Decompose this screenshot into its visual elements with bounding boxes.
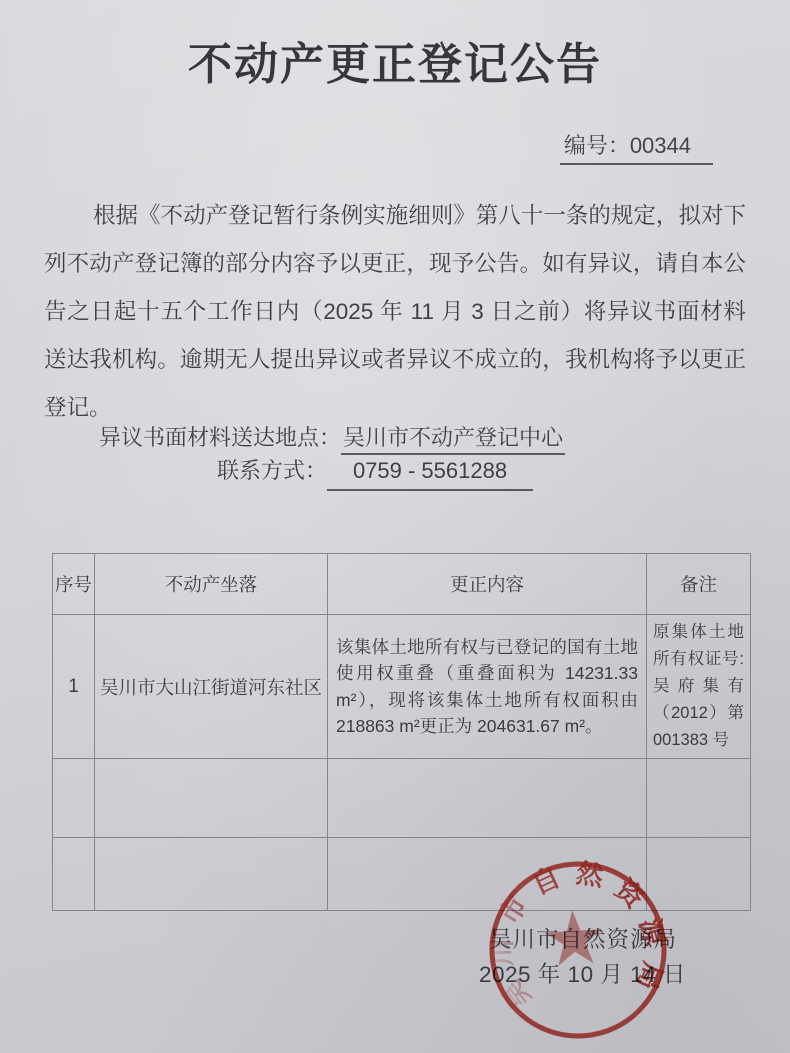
- header-remark: 备注: [647, 554, 751, 615]
- header-seq: 序号: [53, 554, 95, 615]
- official-seal-stamp: 吴川市自然资源局: [469, 841, 687, 1053]
- empty-cell: [95, 838, 328, 911]
- document-title: 不动产更正登记公告: [0, 36, 790, 94]
- cell-seq: 1: [53, 615, 95, 759]
- delivery-address-value: 吴川市不动产登记中心: [341, 425, 565, 455]
- delivery-address-line: 异议书面材料送达地点：吴川市不动产登记中心: [99, 423, 565, 453]
- notice-body-paragraph: 根据《不动产登记暂行条例实施细则》第八十一条的规定，拟对下列不动产登记簿的部分内…: [44, 192, 746, 432]
- table-row: 1 吴川市大山江街道河东社区 该集体土地所有权与已登记的国有土地使用权重叠（重叠…: [53, 615, 751, 759]
- notice-document-page: 不动产更正登记公告 编号：00344 根据《不动产登记暂行条例实施细则》第八十一…: [0, 0, 790, 1053]
- table-empty-row: [53, 759, 751, 838]
- delivery-address-label: 异议书面材料送达地点：: [99, 425, 341, 450]
- header-location: 不动产坐落: [95, 554, 328, 615]
- seal-star-icon: [544, 908, 605, 966]
- cell-remark: 原集体土地所有权证号:吴府集有（2012）第001383 号: [647, 615, 751, 759]
- empty-cell: [95, 759, 328, 838]
- cell-correction: 该集体土地所有权与已登记的国有土地使用权重叠（重叠面积为 14231.33 m²…: [328, 615, 647, 759]
- serial-number-line: 编号：00344: [560, 129, 713, 165]
- serial-number: 编号：00344: [560, 129, 713, 165]
- contact-label: 联系方式：: [217, 458, 327, 483]
- empty-cell: [647, 759, 751, 838]
- contact-line: 联系方式：0759 - 5561288: [217, 456, 533, 491]
- table-header-row: 序号 不动产坐落 更正内容 备注: [53, 554, 751, 615]
- empty-cell: [53, 759, 95, 838]
- contact-phone-value: 0759 - 5561288: [327, 456, 533, 491]
- cell-location: 吴川市大山江街道河东社区: [95, 615, 328, 759]
- empty-cell: [53, 838, 95, 911]
- header-correction: 更正内容: [328, 554, 647, 615]
- empty-cell: [328, 759, 647, 838]
